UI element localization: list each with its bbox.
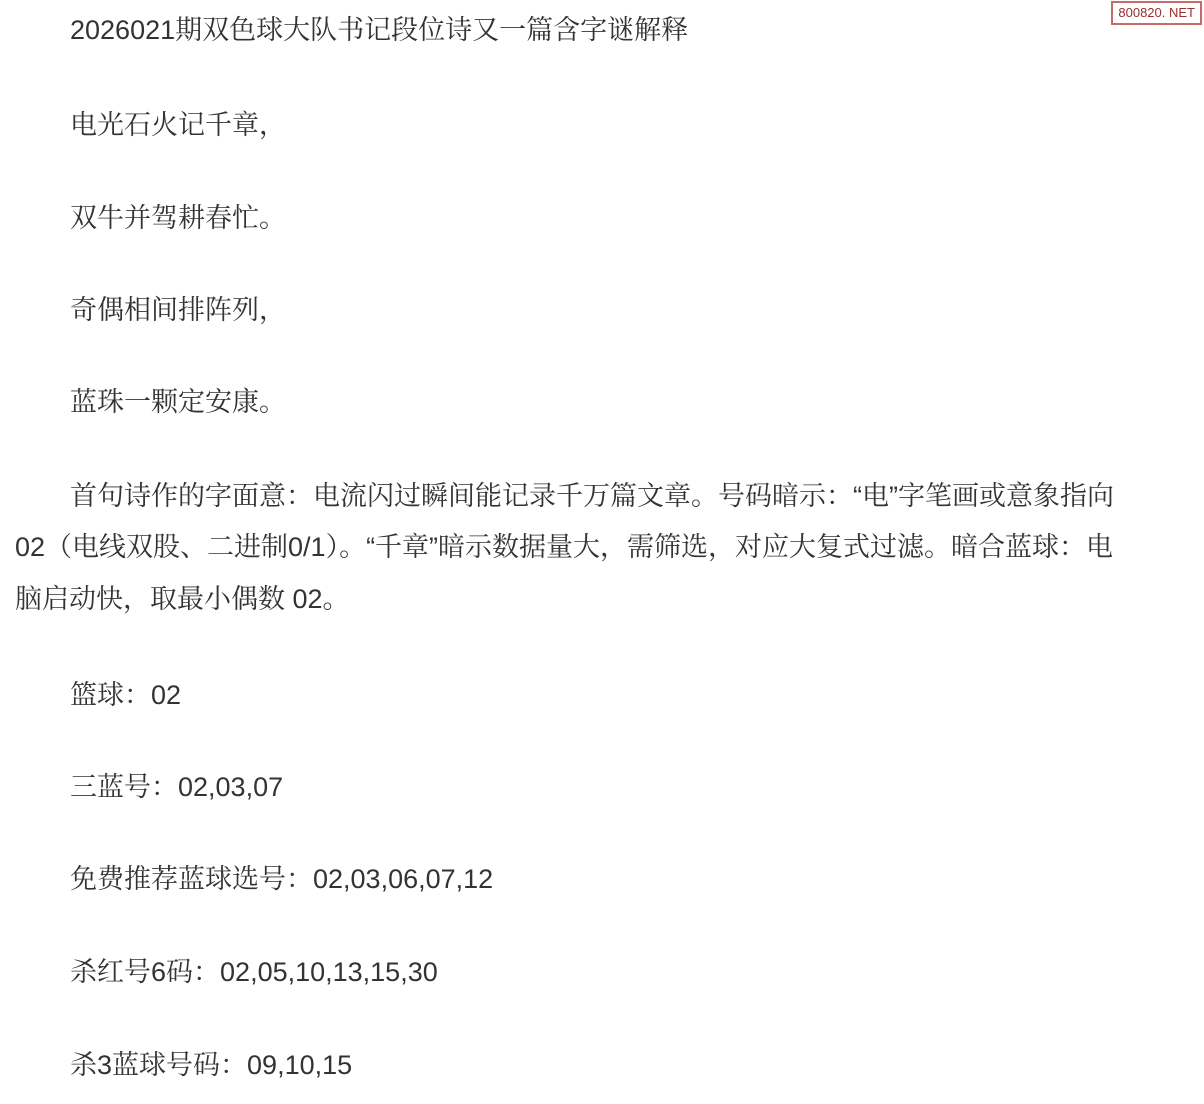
article-title: 2026021期双色球大队书记段位诗又一篇含字谜解释 bbox=[70, 17, 688, 44]
poem-line-2: 双牛并驾耕春忙。 bbox=[70, 205, 286, 232]
article-page: 800820. NET 2026021期双色球大队书记段位诗又一篇含字谜解释 电… bbox=[0, 0, 1204, 1104]
prediction-kill-red-6-value: 02,05,10,13,15,30 bbox=[220, 957, 438, 987]
prediction-kill-3-blue: 杀3蓝球号码：09,10,15 bbox=[70, 1052, 352, 1079]
poem-line-3: 奇偶相间排阵列， bbox=[70, 297, 286, 324]
prediction-blue-ball-value: 02 bbox=[151, 680, 181, 710]
prediction-kill-red-6: 杀红号6码：02,05,10,13,15,30 bbox=[70, 959, 438, 986]
prediction-free-recommend-blue-value: 02,03,06,07,12 bbox=[313, 864, 493, 894]
prediction-three-blue: 三蓝号：02,03,07 bbox=[70, 774, 283, 801]
analysis-line-1: 首句诗作的字面意：电流闪过瞬间能记录千万篇文章。号码暗示：“电”字笔画或意象指向 bbox=[70, 483, 1114, 510]
prediction-kill-3-blue-value: 09,10,15 bbox=[247, 1050, 352, 1080]
prediction-three-blue-value: 02,03,07 bbox=[178, 772, 283, 802]
prediction-kill-red-6-label: 杀红号6码： bbox=[70, 957, 220, 987]
site-watermark-badge: 800820. NET bbox=[1111, 1, 1202, 25]
poem-line-1: 电光石火记千章， bbox=[70, 112, 286, 139]
prediction-blue-ball-label: 篮球： bbox=[70, 680, 151, 710]
prediction-kill-3-blue-label: 杀3蓝球号码： bbox=[70, 1050, 247, 1080]
prediction-free-recommend-blue: 免费推荐蓝球选号：02,03,06,07,12 bbox=[70, 866, 493, 893]
prediction-blue-ball: 篮球：02 bbox=[70, 682, 181, 709]
poem-line-4: 蓝珠一颗定安康。 bbox=[70, 389, 286, 416]
analysis-line-2: 02（电线双股、二进制0/1）。“千章”暗示数据量大，需筛选，对应大复式过滤。暗… bbox=[15, 534, 1113, 561]
analysis-line-3: 脑启动快，取最小偶数 02。 bbox=[15, 586, 350, 613]
prediction-free-recommend-blue-label: 免费推荐蓝球选号： bbox=[70, 864, 313, 894]
prediction-three-blue-label: 三蓝号： bbox=[70, 772, 178, 802]
